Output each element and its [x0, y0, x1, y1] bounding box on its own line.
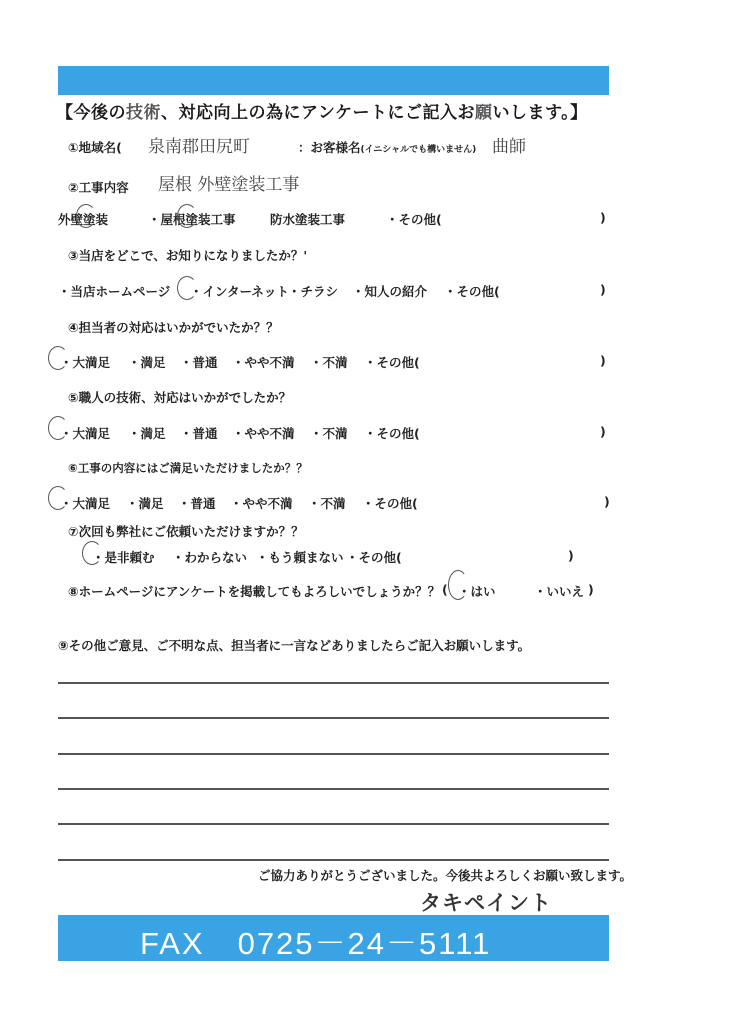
check-mark-icon — [177, 276, 197, 300]
q4-option-dissatisfied[interactable]: ・不満 — [310, 353, 348, 371]
comment-line[interactable] — [58, 823, 609, 825]
q6-option-slightly-dissatisfied[interactable]: ・やや不満 — [230, 494, 293, 512]
q3-option-internet[interactable]: ・インターネット — [190, 282, 289, 300]
q1-region-label: ①地域名( — [68, 138, 122, 156]
comment-line[interactable] — [58, 717, 609, 719]
q5-label: ⑤職人の技術、対応はいかがでしたか？ — [68, 388, 291, 406]
comment-line[interactable] — [58, 788, 609, 790]
q4-option-other[interactable]: ・その他( — [364, 353, 420, 371]
q2-close-paren: ) — [600, 210, 606, 225]
q2-option-other[interactable]: ・その他( — [386, 210, 442, 228]
q3-option-flyer[interactable]: ・チラシ — [288, 282, 338, 300]
q2-label: ②工事内容 — [68, 178, 129, 196]
q7-option-no[interactable]: ・もう頼まない — [256, 548, 344, 566]
comment-line[interactable] — [58, 859, 609, 861]
check-mark-icon — [48, 346, 68, 370]
q3-label: ③当店をどこで、お知りになりましたか？' — [68, 246, 307, 264]
q4-label: ④担当者の対応はいかがでいたか？？ — [68, 318, 279, 336]
check-mark-icon — [48, 486, 68, 510]
top-accent-bar — [58, 66, 609, 95]
survey-title: 【今後の技術、対応向上の為にアンケートにご記入お願いします。】 — [56, 98, 588, 123]
q1-customer-label: ：お客様名(イニシャルでも構いません) — [298, 138, 476, 156]
check-mark-icon — [177, 204, 197, 228]
q6-option-normal[interactable]: ・普通 — [178, 494, 216, 512]
q5-option-dissatisfied[interactable]: ・不満 — [310, 424, 348, 442]
q2-option-waterproof[interactable]: 防水塗装工事 — [270, 210, 345, 228]
q7-close-paren: ) — [568, 548, 574, 563]
comment-line[interactable] — [58, 682, 609, 684]
q7-label: ⑦次回も弊社にご依頼いただけますか？？ — [68, 522, 304, 540]
q3-close-paren: ) — [600, 282, 606, 297]
q4-close-paren: ) — [600, 353, 606, 368]
q1-region-field[interactable]: 泉南郡田尻町 — [148, 132, 250, 157]
q1-customer-field[interactable]: 曲師 — [492, 132, 526, 157]
comment-line[interactable] — [58, 753, 609, 755]
q4-option-satisfied[interactable]: ・満足 — [128, 353, 166, 371]
q8-label: ⑧ホームページにアンケートを掲載してもよろしいでしょうか？？ — [68, 582, 440, 600]
q5-option-slightly-dissatisfied[interactable]: ・やや不満 — [232, 424, 295, 442]
q8-option-no[interactable]: ・いいえ — [534, 582, 584, 600]
q6-close-paren: ) — [604, 494, 610, 509]
q8-close-paren: ) — [588, 582, 594, 597]
q3-option-referral[interactable]: ・知人の紹介 — [352, 282, 427, 300]
q8-open-paren: ( — [442, 582, 448, 597]
q5-option-satisfied[interactable]: ・満足 — [128, 424, 166, 442]
check-mark-icon — [48, 416, 68, 440]
q7-option-unsure[interactable]: ・わからない — [172, 548, 247, 566]
thanks-message: ご協力ありがとうございました。今後共よろしくお願い致します。 — [258, 866, 632, 884]
q6-option-satisfied[interactable]: ・満足 — [126, 494, 164, 512]
fax-number: FAX 0725－24－5111 — [140, 918, 491, 963]
check-mark-icon — [76, 204, 96, 228]
check-mark-icon — [82, 541, 102, 565]
q6-option-other[interactable]: ・その他( — [362, 494, 418, 512]
q3-option-homepage[interactable]: ・当店ホームページ — [58, 282, 170, 300]
q2-work-field[interactable]: 屋根 外壁塗装工事 — [158, 170, 299, 195]
q6-option-dissatisfied[interactable]: ・不満 — [308, 494, 346, 512]
q5-option-normal[interactable]: ・普通 — [180, 424, 218, 442]
check-mark-icon — [448, 570, 468, 600]
q5-close-paren: ) — [600, 424, 606, 439]
q6-label: ⑥工事の内容にはご満足いただけましたか？？ — [68, 460, 308, 476]
q7-option-other[interactable]: ・その他( — [346, 548, 402, 566]
company-name: タキペイント — [420, 887, 552, 917]
q5-option-other[interactable]: ・その他( — [364, 424, 420, 442]
q9-label: ⑨その他ご意見、ご不明な点、担当者に一言などありましたらご記入お願いします。 — [58, 636, 530, 654]
q4-option-normal[interactable]: ・普通 — [180, 353, 218, 371]
q3-option-other[interactable]: ・その他( — [444, 282, 500, 300]
q4-option-slightly-dissatisfied[interactable]: ・やや不満 — [232, 353, 295, 371]
